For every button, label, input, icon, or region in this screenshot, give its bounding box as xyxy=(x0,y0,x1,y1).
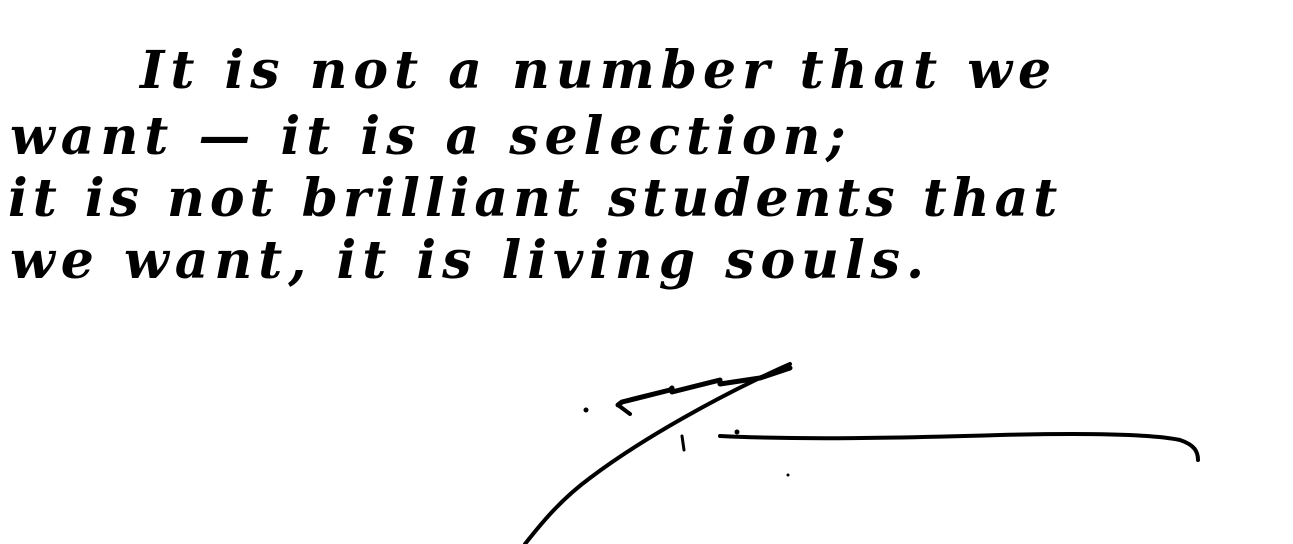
handwritten-page: It is not a number that we want — it is … xyxy=(0,0,1293,544)
signature-icon xyxy=(0,0,1293,544)
